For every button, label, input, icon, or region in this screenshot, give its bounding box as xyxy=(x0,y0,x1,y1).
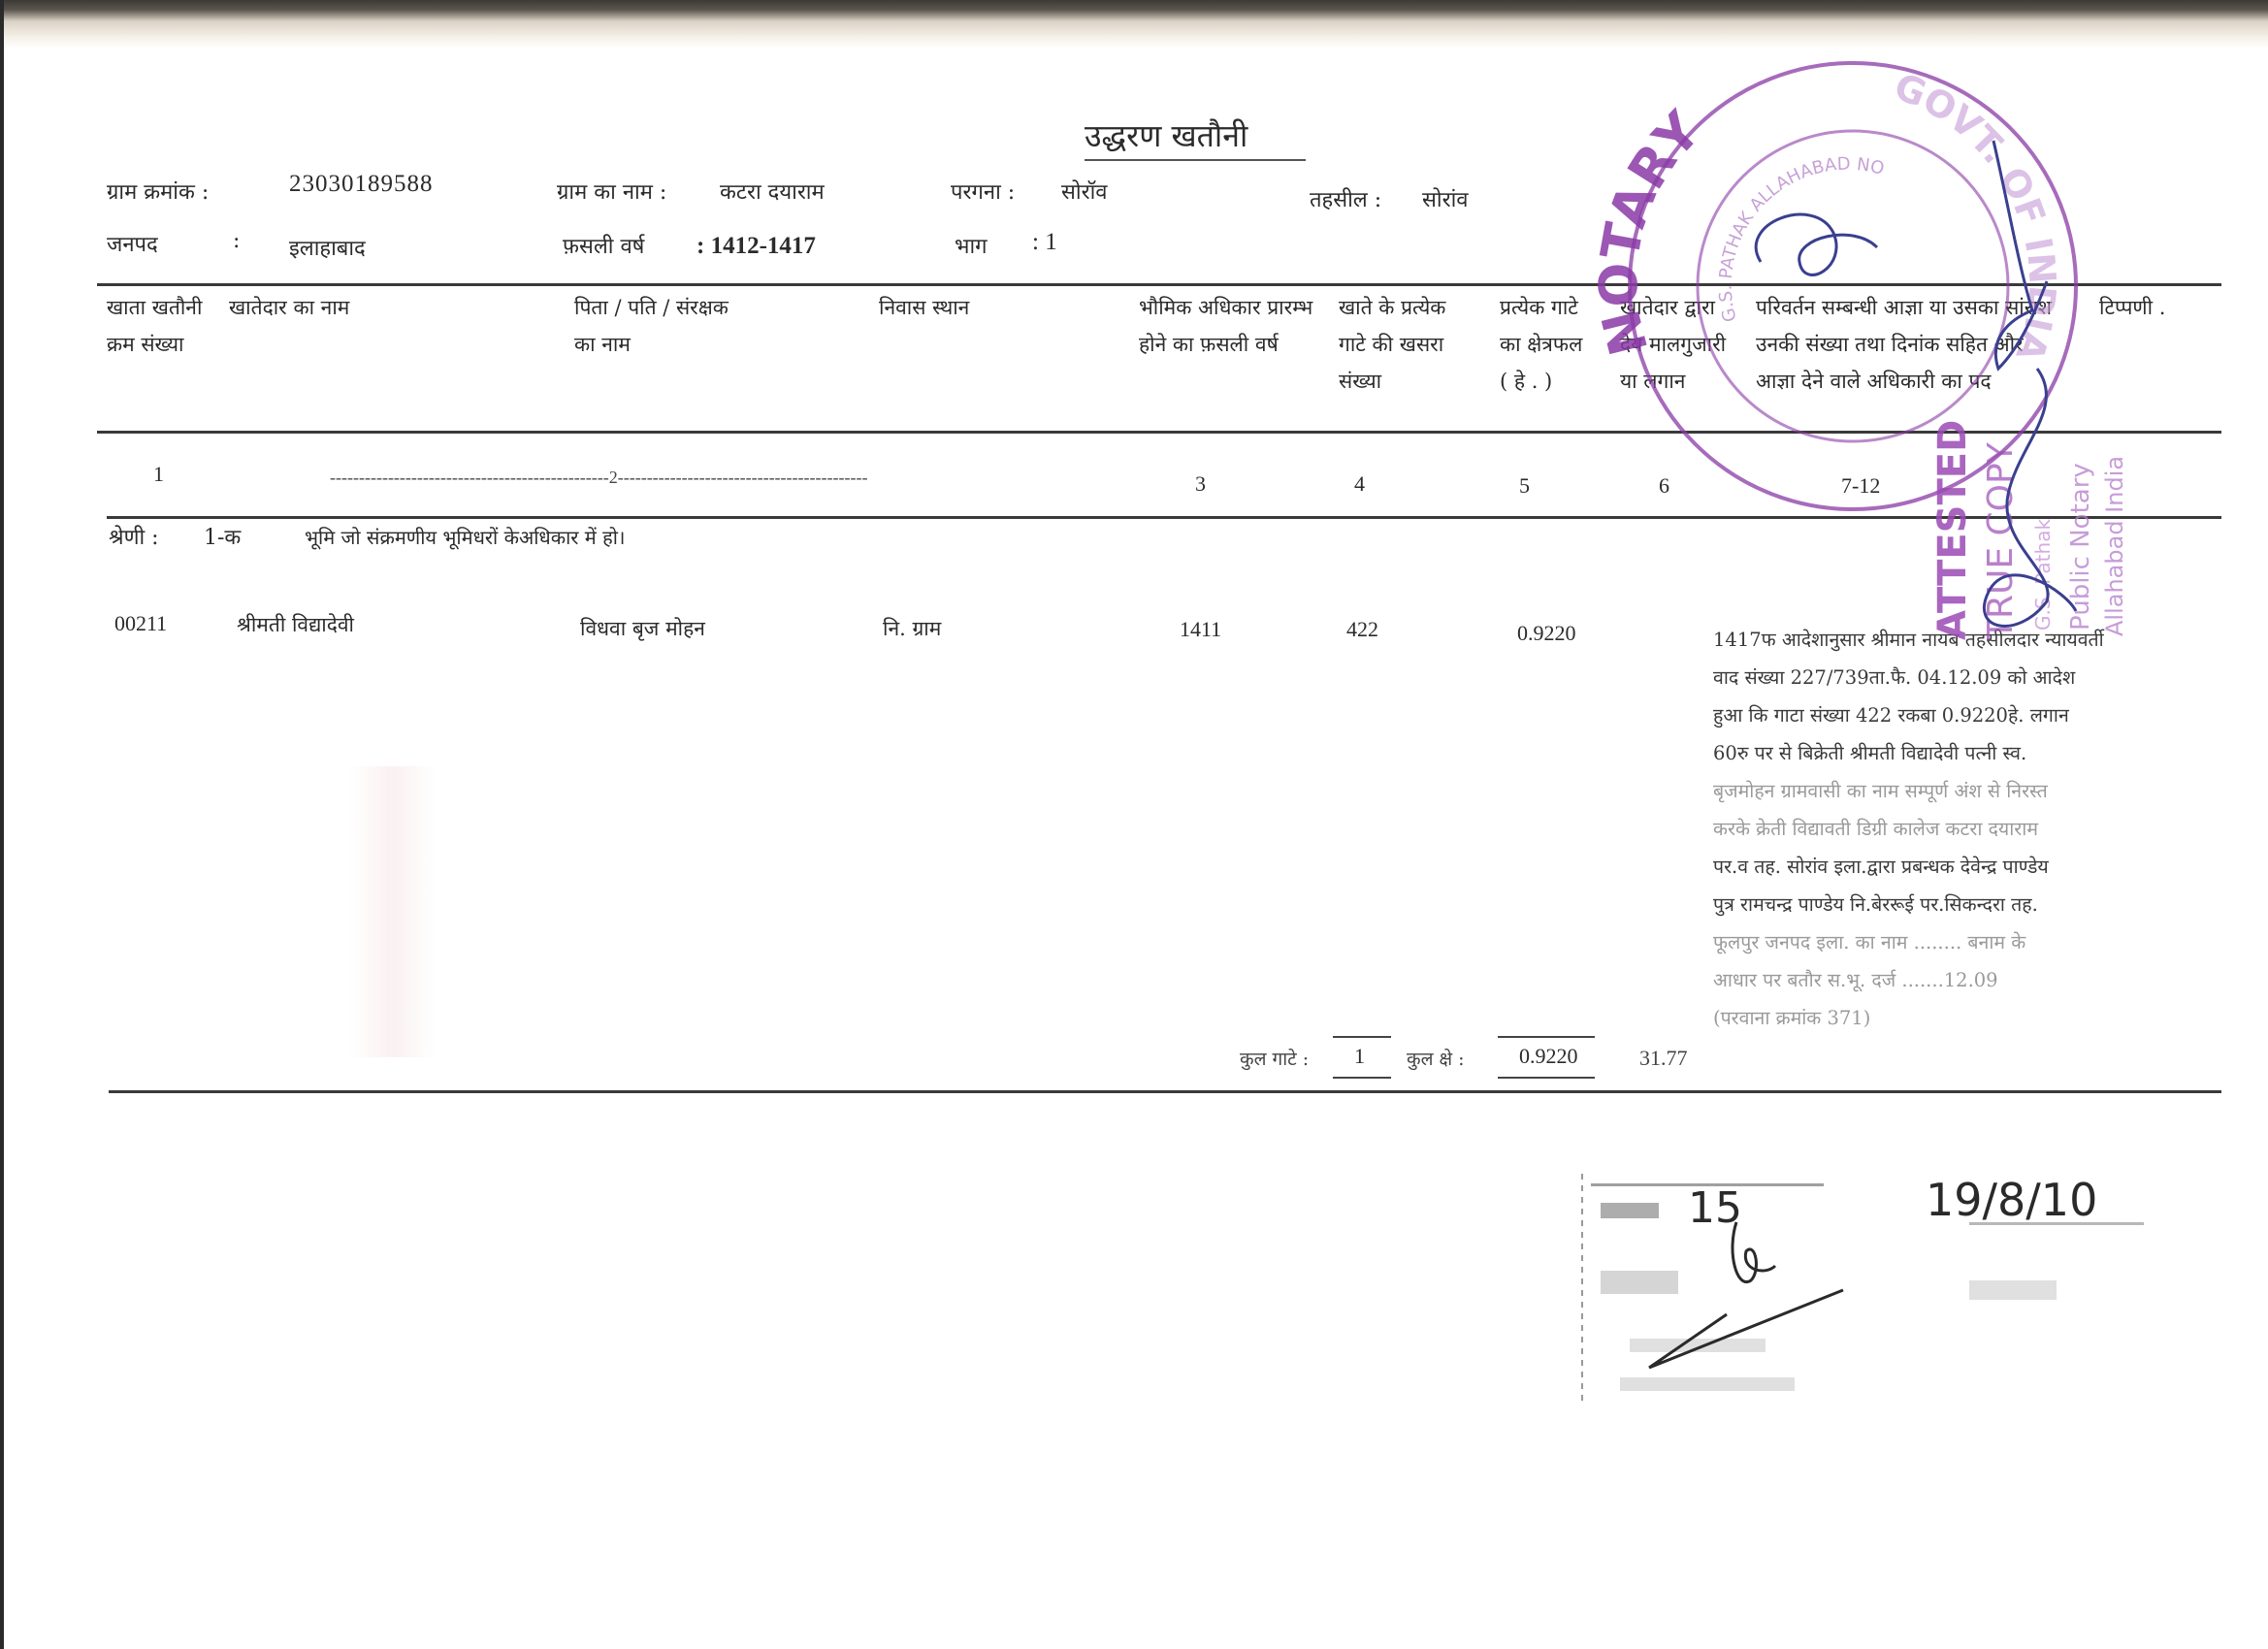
remark-line: पुत्र रामचन्द्र पाण्डेय नि.बेररूई पर.सिक… xyxy=(1713,886,2104,923)
kul-gate-overline xyxy=(1333,1036,1391,1038)
remarks-block: 1417फ आदेशानुसार श्रीमान नायब तहसीलदार न… xyxy=(1713,621,2104,1037)
col-num-4: 4 xyxy=(1354,471,1365,497)
remark-line: 1417फ आदेशानुसार श्रीमान नायब तहसीलदार न… xyxy=(1713,621,2104,659)
svg-text:G.S. PATHAK ALLAHABAD NO. 4190: G.S. PATHAK ALLAHABAD NO. 4190 xyxy=(1591,29,1886,324)
col-header-khatedar: खातेदार का नाम xyxy=(229,289,462,326)
gram-kramank-label: ग्राम क्रमांक : xyxy=(107,177,209,206)
col-header-tippani: टिप्पणी . xyxy=(2099,289,2196,326)
handwritten-number: 15 xyxy=(1688,1183,1742,1233)
kul-kshetra-label: कुल क्षे : xyxy=(1407,1046,1465,1071)
khata-number: 00211 xyxy=(114,611,167,636)
stamp-border xyxy=(1581,1174,1583,1406)
remark-line: करके क्रेती विद्यावती डिग्री कालेज कटरा … xyxy=(1713,810,2104,848)
stamp-text-fragment xyxy=(1630,1339,1766,1352)
gram-kramank-value: 23030189588 xyxy=(289,171,434,198)
col-header-khata: खाता खतौनी क्रम संख्या xyxy=(107,289,223,363)
fasli-varsh-label: फ़सली वर्ष xyxy=(563,231,644,260)
col-header-khasra: खाते के प्रत्येक गाटे की खसरा संख्या xyxy=(1339,289,1474,400)
stamp-public-notary: Public Notary xyxy=(2066,463,2095,630)
col-num-3: 3 xyxy=(1195,471,1206,497)
fasli-varsh-value-row: 1411 xyxy=(1180,617,1221,642)
faded-mark xyxy=(349,766,437,1057)
col-num-2-dashes: ----------------------------------------… xyxy=(330,468,867,488)
fasli-varsh-value: : 1412-1417 xyxy=(697,233,816,260)
signature-icon xyxy=(1581,1164,2202,1416)
remark-line: 60रु पर से बिक्रेती श्रीमती विद्यादेवी प… xyxy=(1713,734,2104,772)
remark-line: पर.व तह. सोरांव इला.द्वारा प्रबन्धक देवे… xyxy=(1713,848,2104,886)
khasra-number: 422 xyxy=(1346,617,1378,642)
col-header-lagan: खातेदार द्वारा देय मालगुजारी या लगान xyxy=(1620,289,1727,400)
col-header-niwas: निवास स्थान xyxy=(879,289,1034,326)
kul-gate-label: कुल गाटे : xyxy=(1240,1046,1309,1071)
kul-gate-underline xyxy=(1333,1077,1391,1079)
remark-line: (परवाना क्रमांक 371) xyxy=(1713,999,2104,1037)
bhag-value: : 1 xyxy=(1032,229,1057,256)
category-description: भूमि जो संक्रमणीय भूमिधरों केअधिकार में … xyxy=(305,524,625,550)
title-underline xyxy=(1085,159,1306,161)
niwas-sthan: नि. ग्राम xyxy=(883,615,941,642)
gram-ka-naam-value: कटरा दयाराम xyxy=(720,177,825,206)
office-stamp-block: 15 19/8/10 xyxy=(1581,1164,2202,1416)
category-label: श्रेणी : xyxy=(109,522,159,551)
kul-kshetra-value: 0.9220 xyxy=(1519,1044,1578,1069)
col-header-parivartan: परिवर्तन सम्बन्धी आज्ञा या उसका सांराश उ… xyxy=(1756,289,2066,400)
kshetrafal-value: 0.9220 xyxy=(1517,621,1576,646)
remark-line: वाद संख्या 227/739ता.फै. 04.12.09 को आदे… xyxy=(1713,659,2104,696)
bhag-label: भाग xyxy=(955,231,988,260)
stamp-true-copy: TRUE COPY xyxy=(1981,442,2021,640)
kul-kshetra-underline xyxy=(1498,1077,1595,1079)
rule-header-bottom xyxy=(97,431,2221,434)
notary-seal-stamp: NOTARY GOVT. OF INDIA G.S. PATHAK ALLAHA… xyxy=(1591,29,2095,533)
remark-line: फूलपुर जनपद इला. का नाम ........ बनाम के xyxy=(1713,923,2104,961)
kul-kshetra-overline xyxy=(1498,1036,1595,1038)
lagan-total: 31.77 xyxy=(1639,1046,1688,1071)
janpad-value: इलाहाबाद xyxy=(289,233,366,262)
stamp-name: G.S. Pathak xyxy=(2031,519,2055,630)
stamp-city: Allahabad India xyxy=(2101,456,2128,636)
stamp-text-fragment xyxy=(1601,1203,1659,1218)
scan-top-edge xyxy=(0,0,2268,48)
stamp-line xyxy=(1591,1183,1824,1186)
col-header-pita-pati: पिता / पति / संरक्षक का नाम xyxy=(574,289,749,363)
rule-top xyxy=(97,283,2221,286)
stamp-text-fragment xyxy=(1969,1280,2057,1300)
stamp-attested: ATTESTED xyxy=(1930,420,1975,640)
col-header-fasli: भौमिक अधिकार प्रारम्भ होने का फ़सली वर्ष xyxy=(1139,289,1313,363)
col-num-5: 5 xyxy=(1519,473,1530,499)
remark-line: आधार पर बतौर स.भू. दर्ज .......12.09 xyxy=(1713,961,2104,999)
document-title: उद्धरण खतौनी xyxy=(1085,114,1247,156)
kul-gate-value: 1 xyxy=(1354,1044,1365,1069)
gram-ka-naam-label: ग्राम का नाम : xyxy=(557,177,666,206)
remark-line: बृजमोहन ग्रामवासी का नाम सम्पूर्ण अंश से… xyxy=(1713,772,2104,810)
pargana-label: परगना : xyxy=(951,177,1015,206)
rule-bottom xyxy=(109,1090,2221,1093)
col-num-7-12: 7-12 xyxy=(1841,473,1880,499)
pita-pati-name: विधवा बृज मोहन xyxy=(580,615,705,642)
col-num-1: 1 xyxy=(153,462,164,487)
col-header-kshetrafal: प्रत्येक गाटे का क्षेत्रफल ( हे . ) xyxy=(1500,289,1587,400)
rule-numbers-bottom xyxy=(107,516,2221,519)
khatedar-name: श्रीमती विद्यादेवी xyxy=(237,611,354,638)
handwritten-date: 19/8/10 xyxy=(1926,1174,2097,1226)
remark-line: हुआ कि गाटा संख्या 422 रकबा 0.9220हे. लग… xyxy=(1713,696,2104,734)
attested-true-copy-stamp: ATTESTED TRUE COPY G.S. Pathak Public No… xyxy=(1930,369,2163,640)
pargana-value: सोरॉव xyxy=(1061,177,1108,206)
stamp-text-fragment xyxy=(1601,1271,1678,1294)
janpad-colon: : xyxy=(233,229,240,253)
stamp-line xyxy=(1969,1222,2144,1225)
scan-left-edge xyxy=(0,0,4,1649)
category-code: 1-क xyxy=(204,522,241,551)
col-num-6: 6 xyxy=(1659,473,1669,499)
janpad-label: जनपद xyxy=(107,229,158,258)
tahsil-value: सोरांव xyxy=(1422,184,1469,213)
tahsil-label: तहसील : xyxy=(1310,184,1381,213)
stamp-text-fragment xyxy=(1620,1377,1795,1391)
